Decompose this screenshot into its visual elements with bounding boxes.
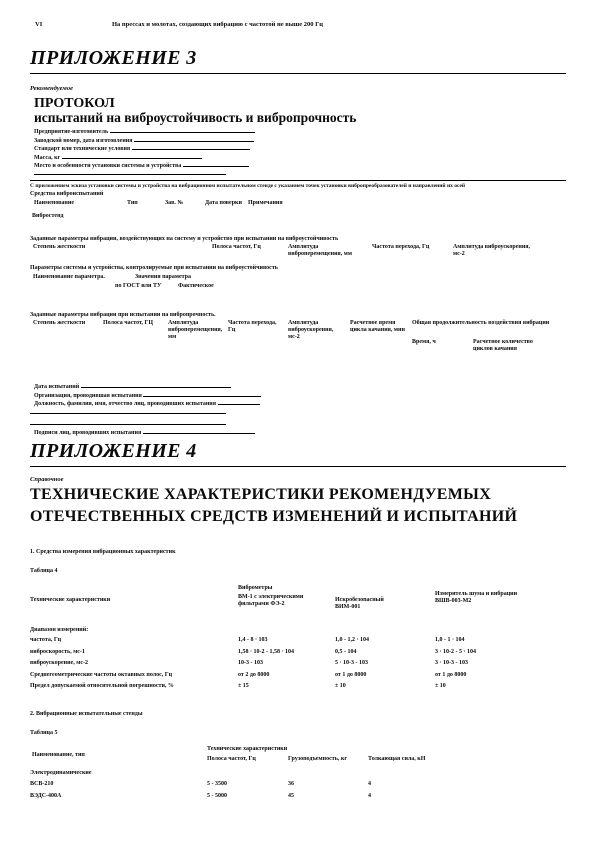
- means-title: Средства виброиспытаний: [30, 191, 103, 198]
- strength-col-cycle-time: Расчетное время цикла качания, мин: [350, 320, 410, 334]
- strength-sub-cycles: Расчетное количество циклов качания: [473, 339, 535, 353]
- strength-col-displacement: Амплитуда виброперемещения, мм: [168, 320, 224, 341]
- appendix4-kind: Справочное: [30, 476, 64, 484]
- table4-device-vm1: ВМ-1 с электрическими фильтрами ФЭ-2: [238, 594, 326, 608]
- document-page: VI На прессах и молотах, создающих вибра…: [0, 0, 595, 842]
- controlled-col-param: Наименование параметра.: [33, 274, 105, 281]
- table4-cell: от 1 до 8000: [335, 672, 366, 679]
- field-continuation: [34, 169, 226, 178]
- strength-col-band: Полоса частот, ГЦ: [103, 320, 153, 327]
- table4-row-label: виброскорость, мс-1: [30, 649, 85, 656]
- table4-section-range: Диапазон измерений:: [30, 627, 88, 634]
- table5-cell: 36: [288, 781, 294, 788]
- table4-cell: 1,0 - 1 · 104: [435, 637, 465, 644]
- divider: [30, 180, 566, 181]
- table4-cell: 3 · 10-2 - 5 · 104: [435, 649, 476, 656]
- stability-col-transition: Частота перехода, Гц: [372, 244, 429, 251]
- field-persons-line2: [30, 408, 226, 417]
- blank-line: [62, 153, 202, 159]
- blank-line: [30, 419, 226, 425]
- field-mass-label: Масса, кг: [34, 155, 60, 161]
- field-persons: Должность, фамилия, имя, отчество лиц, п…: [34, 399, 260, 408]
- table4-cell: 0,5 - 104: [335, 649, 357, 656]
- field-signatures: Подписи лиц, проводивших испытания: [34, 428, 255, 437]
- table4-row-label: Предел допускаемой относительной погрешн…: [30, 683, 174, 690]
- table4-row-header: Технические характеристики: [30, 597, 110, 604]
- table4-cell: 1,58 · 10-2 - 1,58 · 104: [238, 649, 294, 656]
- page-number: VI: [35, 21, 42, 29]
- means-col-notes: Примечания: [248, 200, 283, 207]
- table4-cell: 5 · 10-3 - 103: [335, 660, 368, 667]
- divider: [30, 73, 566, 74]
- strength-col-acceleration: Амплитуда виброускорения, мс-2: [288, 320, 344, 341]
- strength-title: Заданные параметры вибрации при испытани…: [30, 312, 216, 319]
- section2-title: 2. Вибрационные испытательные стенды: [30, 711, 143, 718]
- field-persons-line3: [30, 419, 226, 428]
- divider: [30, 466, 566, 467]
- stability-col-displacement: Амплитуда виброперемещения, мм: [288, 244, 360, 258]
- blank-line: [143, 391, 261, 397]
- table4-row-label: виброускорение, мс-2: [30, 660, 88, 667]
- field-manufacturer-label: Предприятие-изготовитель: [34, 129, 108, 135]
- means-col-serial: Зав. №: [165, 200, 183, 207]
- controlled-title: Параметры системы и устройства, контроли…: [30, 265, 278, 272]
- table5-row-name: ВЭДС-400А: [30, 793, 61, 800]
- appendix4-heading-line1: ТЕХНИЧЕСКИЕ ХАРАКТЕРИСТИКИ РЕКОМЕНДУЕМЫХ: [30, 486, 491, 504]
- table5-col-load: Грузоподъемность, кг: [288, 756, 347, 763]
- table4-cell: ± 10: [335, 683, 346, 690]
- table4-cell: 1,0 - 1,2 · 104: [335, 637, 369, 644]
- strength-col-duration: Общая продолжительность воздействия вибр…: [412, 320, 560, 327]
- table5-type-row: Электродинамические: [30, 770, 92, 777]
- blank-line: [218, 399, 260, 405]
- means-col-name: Наименование: [34, 200, 74, 207]
- appendix3-title: ПРИЛОЖЕНИЕ 3: [30, 47, 197, 70]
- table4-cell: от 1 до 8000: [435, 672, 466, 679]
- table4-row-label: частота, Гц: [30, 637, 61, 644]
- table4-group-vibrometers: Виброметры: [238, 585, 272, 592]
- blank-line: [132, 144, 250, 150]
- table5-cell: 4: [368, 793, 371, 800]
- strength-col-severity: Степень жесткости: [33, 320, 85, 327]
- field-standard-label: Стандарт или технические условия: [34, 146, 130, 152]
- stability-title: Заданные параметры вибрации, воздействую…: [30, 236, 338, 243]
- blank-line: [30, 408, 226, 414]
- table5-cell: 4: [368, 781, 371, 788]
- table4-caption: Таблица 4: [30, 568, 57, 575]
- table4-cell: 1,4 - 8 · 103: [238, 637, 268, 644]
- blank-line: [110, 127, 255, 133]
- blank-line: [183, 161, 249, 167]
- means-col-type: Тип: [127, 200, 138, 207]
- means-row-vibrostand: Вибростенд: [32, 213, 64, 220]
- appendix3-kind: Рекомендуемое: [30, 85, 73, 93]
- blank-line: [134, 136, 254, 142]
- blank-line: [34, 169, 226, 175]
- table5-cell: 5 - 5000: [207, 793, 227, 800]
- controlled-sub-actual: Фактическое: [178, 283, 214, 290]
- table5-cell: 45: [288, 793, 294, 800]
- appendix4-title: ПРИЛОЖЕНИЕ 4: [30, 440, 197, 463]
- field-signatures-label: Подписи лиц, проводивших испытания: [34, 430, 141, 436]
- stability-col-severity: Степень жесткости: [33, 244, 85, 251]
- blank-line: [143, 428, 255, 434]
- controlled-col-values: Значения параметра: [135, 274, 191, 281]
- table5-group-header: Технические характеристики: [207, 746, 287, 753]
- means-col-verify: Дата поверки: [205, 200, 242, 207]
- appendix4-heading-line2: ОТЕЧЕСТВЕННЫХ СРЕДСТВ ИЗМЕНЕНИЙ И ИСПЫТА…: [30, 508, 517, 526]
- field-organization-label: Организация, проводившая испытания: [34, 393, 142, 399]
- field-test-date-label: Дата испытаний: [34, 384, 79, 390]
- table4-cell: ± 15: [238, 683, 249, 690]
- protocol-subtitle: испытаний на виброустойчивость и вибропр…: [34, 110, 356, 126]
- field-serial-label: Заводской номер, дата изготовления: [34, 138, 133, 144]
- blank-line: [81, 382, 231, 388]
- controlled-sub-gost: по ГОСТ или ТУ: [115, 283, 161, 290]
- section1-title: 1. Средства измерения вибрационных харак…: [30, 549, 176, 556]
- table4-cell: ± 10: [435, 683, 446, 690]
- table5-cell: 5 - 3500: [207, 781, 227, 788]
- table5-col-name: Наименование, тип: [32, 752, 85, 759]
- running-title: На прессах и молотах, создающих вибрацию…: [112, 21, 323, 29]
- table4-cell: 10-3 - 103: [238, 660, 263, 667]
- stability-col-acceleration: Амплитуда виброускорения, мс-2: [453, 244, 533, 258]
- table4-row-label: Среднегеометрические частоты октавных по…: [30, 672, 172, 679]
- strength-col-transition: Частота перехода, Гц: [228, 320, 280, 334]
- field-persons-label: Должность, фамилия, имя, отчество лиц, п…: [34, 401, 216, 407]
- table4-cell: 3 · 10-3 - 103: [435, 660, 468, 667]
- stability-col-band: Полоса частот, Гц: [212, 244, 261, 251]
- table4-device-vshv: Измеритель шума и вибрации ВШВ-003-М2: [435, 591, 530, 605]
- table5-col-force: Толкающая сила, кН: [368, 756, 425, 763]
- table4-device-vim001: Искробезопасный ВИМ-001: [335, 597, 399, 611]
- table4-cell: от 2 до 8000: [238, 672, 269, 679]
- table5-caption: Таблица 5: [30, 730, 57, 737]
- table5-col-band: Полоса частот, Гц: [207, 756, 256, 763]
- table5-row-name: ВСВ-210: [30, 781, 53, 788]
- sketch-note: С приложением эскиза установки системы и…: [30, 183, 465, 190]
- strength-sub-time: Время, ч: [412, 339, 436, 346]
